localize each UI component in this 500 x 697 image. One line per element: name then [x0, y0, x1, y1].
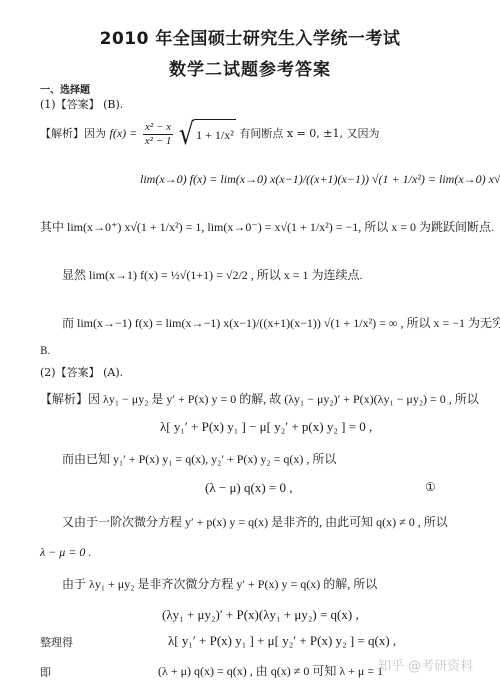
q1-frac-num: x² − x — [143, 121, 173, 135]
title-line-2: 数学二试题参考答案 — [0, 55, 500, 80]
q1-analysis-line: 【解析】因为 f(x) = x² − x x² − 1 √ 1 + 1/x² 有… — [40, 118, 379, 150]
q1-limit-line: lim(x→0) f(x) = lim(x→0) x(x−1)/((x+1)(x… — [140, 172, 500, 186]
q2-analysis-line: 【解析】因 λy₁ − μy₂ 是 y′ + P(x) y = 0 的解, 故 … — [40, 392, 479, 406]
title-line-1: 2010 年全国硕士研究生入学统一考试 — [0, 24, 500, 49]
sqrt-icon: √ — [179, 119, 194, 149]
q2-ie-label: 即 — [40, 666, 51, 680]
q2-known-line: 而由已知 y₁′ + P(x) y₁ = q(x), y₂′ + P(x) y₂… — [62, 452, 336, 466]
equation-marker-1: ① — [425, 480, 436, 494]
q2-conclusion1: λ − μ = 0 . — [40, 545, 91, 559]
q2-eq5: (λ + μ) q(x) = q(x) , 由 q(x) ≠ 0 可知 λ + … — [158, 664, 383, 678]
q1-answer: (1)【答案】 (B). — [40, 98, 123, 112]
q2-eq4: λ[ y₁′ + P(x) y₁ ] + μ[ y₂′ + P(x) y₂ ] … — [168, 634, 396, 648]
q1-sqrt: √ 1 + 1/x² — [179, 119, 236, 150]
q1-fx: f(x) = — [110, 126, 138, 140]
q1-sqrt-inner: 1 + 1/x² — [194, 119, 236, 150]
section-heading: 一、选择题 — [40, 84, 90, 98]
q2-eq3: (λy₁ + μy₂)′ + P(x)(λy₁ + μy₂) = q(x) , — [162, 608, 359, 622]
q1-continuous-line: 显然 lim(x→1) f(x) = ½√(1+1) = √2/2 , 所以 x… — [62, 268, 363, 282]
q2-sum-line: 由于 λy₁ + μy₂ 是非齐次微分方程 y′ + P(x) y = q(x)… — [62, 577, 377, 591]
q1-analysis-prefix: 【解析】因为 — [40, 127, 106, 140]
q1-onesided-line: 其中 lim(x→0⁺) x√(1 + 1/x²) = 1, lim(x→0⁻)… — [40, 220, 494, 234]
q1-analysis-suffix: 有间断点 x = 0, ±1, 又因为 — [239, 127, 379, 140]
q1-fraction: x² − x x² − 1 — [143, 121, 174, 148]
document-page: 2010 年全国硕士研究生入学统一考试 数学二试题参考答案 一、选择题 (1)【… — [0, 0, 500, 697]
q1-final: B. — [40, 345, 51, 359]
q2-answer: (2)【答案】 (A). — [40, 366, 123, 380]
q2-rearrange-label: 整理得 — [40, 636, 73, 650]
q2-nonhomog-line: 又由于一阶次微分方程 y′ + p(x) y = q(x) 是非齐的, 由此可知… — [62, 515, 448, 529]
q2-eq1: λ[ y₁′ + P(x) y₁ ] − μ[ y₂′ + p(x) y₂ ] … — [160, 420, 372, 434]
q1-infinite-line: 而 lim(x→−1) f(x) = lim(x→−1) x(x−1)/((x+… — [62, 316, 500, 330]
watermark: 知乎 @考研资料 — [378, 655, 473, 674]
q2-eq2: (λ − μ) q(x) = 0 , — [205, 481, 293, 495]
q1-frac-den: x² − 1 — [143, 135, 174, 148]
